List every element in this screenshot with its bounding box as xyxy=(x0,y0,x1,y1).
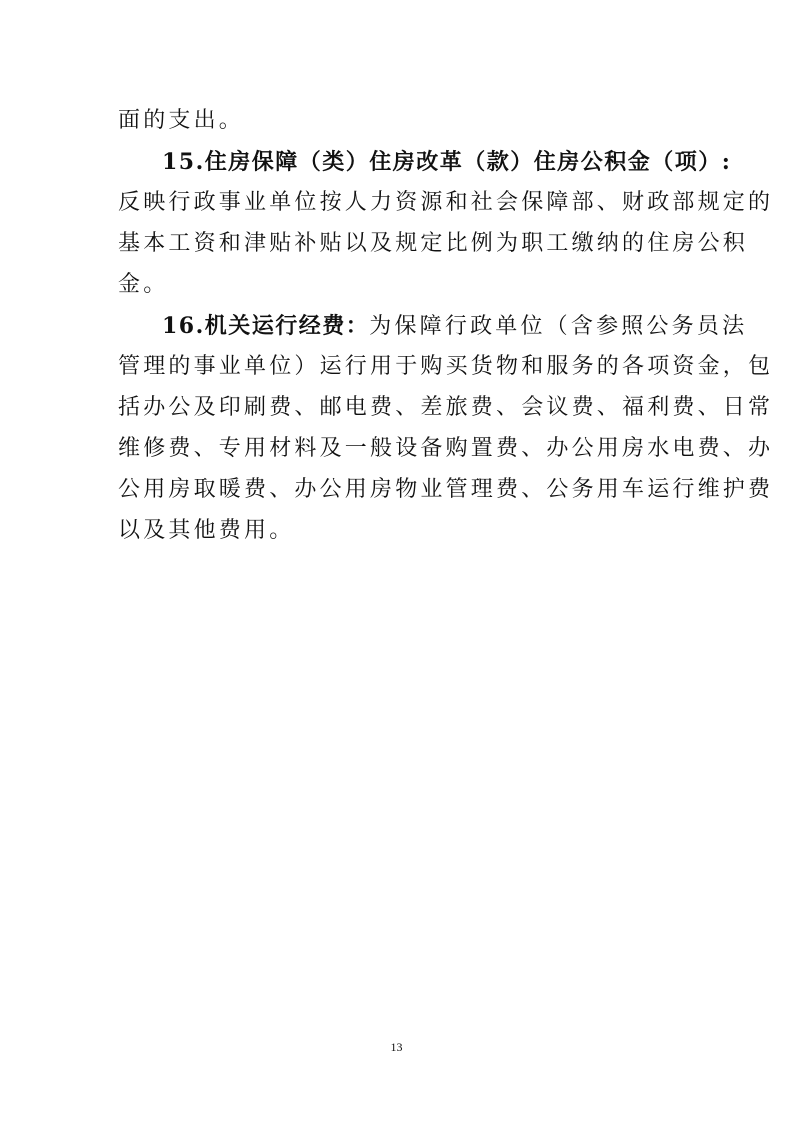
paragraph-line: 管理的事业单位）运行用于购买货物和服务的各项资金，包 xyxy=(118,352,678,382)
paragraph-line: 维修费、专用材料及一般设备购置费、办公用房水电费、办 xyxy=(118,434,678,464)
item-16-text: 为保障行政单位（含参照公务员法 xyxy=(369,314,747,339)
document-page: 面的支出。 15.住房保障（类）住房改革（款）住房公积金（项）: 反映行政事业单… xyxy=(0,0,793,1122)
paragraph-line: 反映行政事业单位按人力资源和社会保障部、财政部规定的 xyxy=(118,188,678,218)
paragraph-line: 金。 xyxy=(118,270,678,300)
item-15-heading: 15.住房保障（类）住房改革（款）住房公积金（项）: xyxy=(162,147,678,177)
page-number: 13 xyxy=(0,1040,793,1055)
paragraph-line: 公用房取暖费、办公用房物业管理费、公务用车运行维护费 xyxy=(118,475,678,505)
paragraph-line: 基本工资和津贴补贴以及规定比例为职工缴纳的住房公积 xyxy=(118,229,678,259)
paragraph-line: 括办公及印刷费、邮电费、差旅费、会议费、福利费、日常 xyxy=(118,393,678,423)
paragraph-line: 面的支出。 xyxy=(118,106,678,136)
item-16-heading: 16.机关运行经费： xyxy=(162,313,369,339)
item-16-first-line: 16.机关运行经费：为保障行政单位（含参照公务员法 xyxy=(162,311,678,342)
paragraph-line: 以及其他费用。 xyxy=(118,516,678,546)
